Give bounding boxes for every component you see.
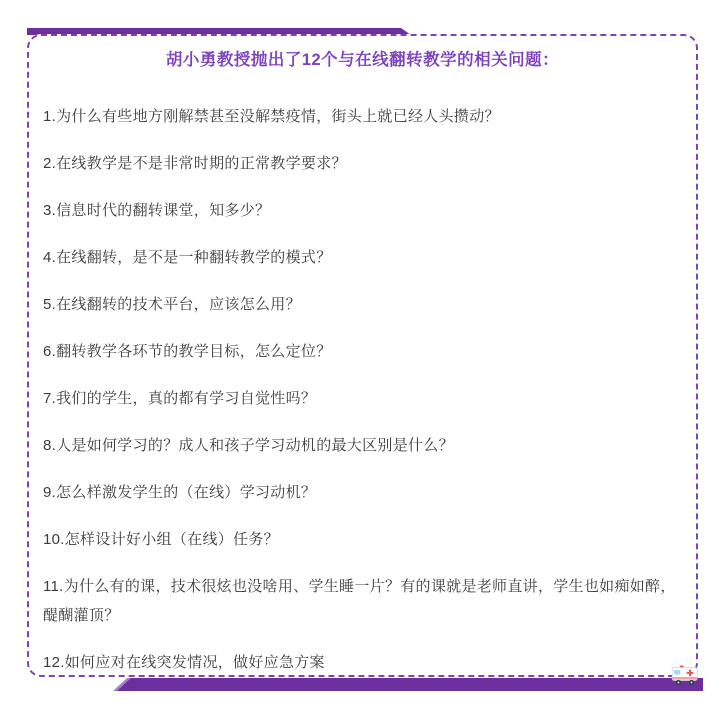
question-item: 4.在线翻转，是不是一种翻转教学的模式？ bbox=[43, 243, 682, 272]
card-title: 胡小勇教授抛出了12个与在线翻转教学的相关问题： bbox=[41, 49, 684, 72]
questions-card: 胡小勇教授抛出了12个与在线翻转教学的相关问题： 1.为什么有些地方刚解禁甚至没… bbox=[27, 34, 698, 677]
question-item: 5.在线翻转的技术平台，应该怎么用？ bbox=[43, 290, 682, 319]
ambulance-icon bbox=[671, 665, 699, 686]
question-item: 3.信息时代的翻转课堂，知多少？ bbox=[43, 196, 682, 225]
question-list: 1.为什么有些地方刚解禁甚至没解禁疫情，街头上就已经人头攒动？ 2.在线教学是不… bbox=[41, 102, 684, 677]
page: 胡小勇教授抛出了12个与在线翻转教学的相关问题： 1.为什么有些地方刚解禁甚至没… bbox=[0, 0, 727, 710]
question-item: 7.我们的学生，真的都有学习自觉性吗？ bbox=[43, 384, 682, 413]
question-item: 9.怎么样激发学生的（在线）学习动机？ bbox=[43, 478, 682, 507]
question-item: 10.怎样设计好小组（在线）任务？ bbox=[43, 525, 682, 554]
question-item: 6.翻转教学各环节的教学目标，怎么定位？ bbox=[43, 337, 682, 366]
question-item: 11.为什么有的课，技术很炫也没啥用、学生睡一片？有的课就是老师直讲，学生也如痴… bbox=[43, 572, 682, 630]
question-item: 8.人是如何学习的？成人和孩子学习动机的最大区别是什么？ bbox=[43, 431, 682, 460]
question-item: 12.如何应对在线突发情况，做好应急方案 bbox=[43, 648, 682, 677]
question-item: 1.为什么有些地方刚解禁甚至没解禁疫情，街头上就已经人头攒动？ bbox=[43, 102, 682, 131]
question-item: 2.在线教学是不是非常时期的正常教学要求？ bbox=[43, 149, 682, 178]
bottom-accent-bar bbox=[117, 678, 703, 691]
